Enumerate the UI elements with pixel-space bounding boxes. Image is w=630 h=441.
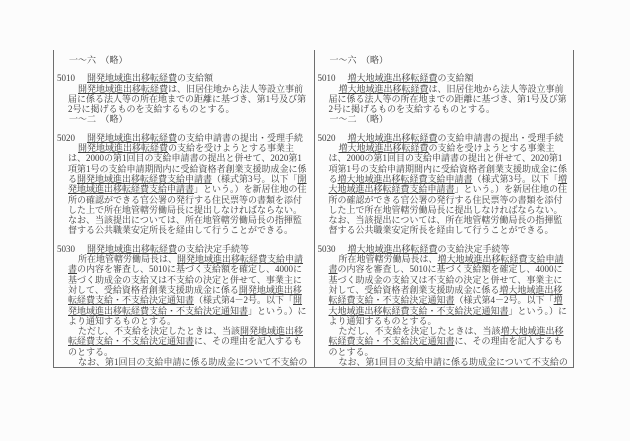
body-paragraph: 開発地域進出移転経費の支給を受けようとする事業主は、2000の第1回目の支給申請… [68, 143, 310, 236]
text-run: の支給額 [438, 73, 474, 83]
revised-term: 開発地域進出移転経費 [87, 133, 177, 143]
text-run: 所在地管轄労働局長は、 [78, 254, 177, 264]
blank-line [318, 125, 570, 133]
body-paragraph: 開発地域進出移転経費は、旧居住地から法人等設立事前届に係る法人等の所在地までの距… [68, 84, 310, 115]
text-run: なお、第1回目の支給申請に係る助成金について不支給の決定を行った場合には、 [329, 357, 568, 367]
item-heading: 5020開発地域進出移転経費の支給申請書の提出・受理手続 [57, 133, 310, 143]
item-heading: 5010開発地域進出移転経費の支給額 [57, 73, 310, 83]
item-heading: 5010増大地域進出移転経費の支給額 [318, 73, 570, 83]
item-heading: 5020増大地域進出移転経費の支給申請書の提出・受理手続 [318, 133, 570, 143]
revised-term: 増大地域進出移転経費 [339, 84, 429, 94]
revised-term: 開発地域進出移転経費 [78, 84, 168, 94]
item-number: 5010 [318, 73, 348, 83]
item-number: 5010 [57, 73, 87, 83]
comparison-column-right: 一〜六 （略）5010増大地域進出移転経費の支給額増大地域進出移転経費は、旧居住… [314, 50, 574, 367]
revised-term: 開発地域進出移転経費支給申請書 [77, 174, 212, 184]
revised-term: 増大地域進出移転経費 [348, 133, 438, 143]
item-title: 開発地域進出移転経費の支給申請書の提出・受理手続 [87, 133, 310, 143]
blank-line [57, 125, 310, 133]
text-run: 一〜二 （略） [69, 114, 128, 124]
comparison-table: 一〜六 （略）5010開発地域進出移転経費の支給額開発地域進出移転経費は、旧居住… [53, 50, 574, 368]
text-run: の支給申請書の提出・受理手続 [438, 133, 564, 143]
item-title: 開発地域進出移転経費の支給額 [87, 73, 310, 83]
item-title: 増大地域進出移転経費の支給申請書の提出・受理手続 [348, 133, 570, 143]
item-title: 開発地域進出移転経費の支給決定手続等 [87, 244, 310, 254]
abbreviated-items-line: 一〜六 （略） [69, 55, 310, 65]
revised-term: 開発地域進出移転経費 [87, 244, 177, 254]
text-run: （様式第4－2号。以下「 [455, 295, 554, 305]
body-paragraph: ただし、不支給を決定したときは、当該増大地域進出移転経費支給・不支給決定通知書に… [329, 326, 570, 357]
item-heading: 5030増大地域進出移転経費の支給決定手続等 [318, 244, 570, 254]
text-run: （様式第4－2号。以下「 [194, 295, 293, 305]
text-run: の支給額 [177, 73, 213, 83]
text-run: の支給決定手続等 [438, 244, 510, 254]
text-run: の支給申請書の提出・受理手続 [177, 133, 303, 143]
body-paragraph: 所在地管轄労働局長は、増大地域進出移転経費支給申請書の内容を審査し、5010に基… [329, 254, 570, 326]
revised-term: 増大地域進出移転経費 [348, 73, 438, 83]
item-title: 増大地域進出移転経費の支給決定手続等 [348, 244, 570, 254]
scanned-document-page: 一〜六 （略）5010開発地域進出移転経費の支給額開発地域進出移転経費は、旧居住… [0, 0, 630, 441]
body-paragraph: 増大地域進出移転経費は、旧居住地から法人等設立事前届に係る法人等の所在地までの距… [329, 84, 570, 115]
item-number: 5030 [57, 244, 87, 254]
revised-term: 増大地域進出移転経費 [348, 244, 438, 254]
revised-term: 開発地域進出移転経費 [87, 73, 177, 83]
item-title: 増大地域進出移転経費の支給額 [348, 73, 570, 83]
abbreviated-items-line: 一〜六 （略） [330, 55, 570, 65]
text-run: ただし、不支給を決定したときは、当該 [78, 326, 240, 336]
item-number: 5030 [318, 244, 348, 254]
abbreviated-items-line: 一〜二 （略） [330, 114, 570, 124]
text-run: なお、第1回目の支給申請に係る助成金について不支給の決定を行った場合には、 [68, 357, 307, 367]
text-run: 一〜六 （略） [69, 55, 128, 65]
revised-term: 増大地域進出移転経費 [339, 143, 429, 153]
body-paragraph: 増大地域進出移転経費の支給を受けようとする事業主は、2000の第1回目の支給申請… [329, 143, 570, 236]
text-run: 所在地管轄労働局長は、 [339, 254, 438, 264]
body-paragraph: ただし、不支給を決定したときは、当該開発地域進出移転経費支給・不支給決定通知書に… [68, 326, 310, 357]
body-paragraph: なお、第1回目の支給申請に係る助成金について不支給の決定を行った場合には、開発地… [68, 357, 310, 367]
comparison-column-left: 一〜六 （略）5010開発地域進出移転経費の支給額開発地域進出移転経費は、旧居住… [54, 50, 314, 367]
text-run: 一〜二 （略） [330, 114, 389, 124]
body-paragraph: 所在地管轄労働局長は、開発地域進出移転経費支給申請書の内容を審査し、5010に基… [68, 254, 310, 326]
item-number: 5020 [57, 133, 87, 143]
revised-term: 開発地域進出移転経費 [78, 143, 168, 153]
text-run: （様式第3号。以下「 [473, 174, 559, 184]
blank-line [318, 236, 570, 244]
abbreviated-items-line: 一〜二 （略） [69, 114, 310, 124]
text-run: の支給決定手続等 [177, 244, 249, 254]
revised-term: 増大地域進出移転経費支給申請書 [338, 174, 473, 184]
text-run: （様式第3号。以下「 [212, 174, 298, 184]
item-heading: 5030開発地域進出移転経費の支給決定手続等 [57, 244, 310, 254]
body-paragraph: なお、第1回目の支給申請に係る助成金について不支給の決定を行った場合には、増大地… [329, 357, 570, 367]
blank-line [57, 236, 310, 244]
text-run: 一〜六 （略） [330, 55, 389, 65]
text-run: ただし、不支給を決定したときは、当該 [339, 326, 501, 336]
item-number: 5020 [318, 133, 348, 143]
